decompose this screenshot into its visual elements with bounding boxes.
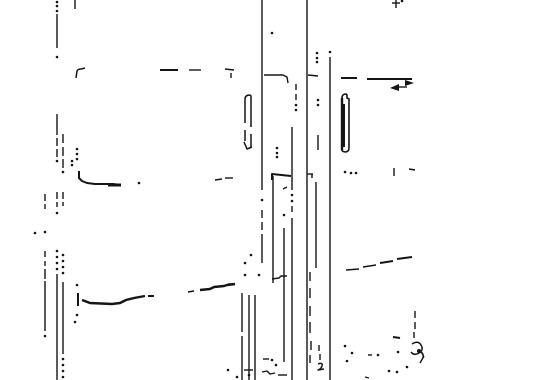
edge-dot (71, 164, 74, 167)
edge-dot (276, 152, 279, 155)
edge-dot (396, 371, 399, 374)
edge-stroke (188, 291, 194, 292)
edge-dot (56, 10, 59, 13)
edge-dot (138, 182, 141, 185)
edge-dot (397, 351, 400, 354)
edge-stroke (380, 261, 393, 263)
edge-dot (316, 57, 319, 60)
edge-stroke (409, 169, 415, 170)
edge-dot (377, 354, 380, 357)
edge-dot (417, 349, 421, 353)
edge-dot (317, 104, 320, 107)
edge-dot (275, 364, 278, 367)
edge-dot (62, 370, 65, 373)
edge-stroke (346, 269, 359, 270)
edge-dot (271, 32, 274, 35)
edge-dot (250, 254, 253, 257)
edge-polyline (272, 174, 291, 180)
edge-dot (62, 358, 65, 361)
edge-dot (76, 284, 79, 287)
edge-dot (76, 314, 79, 317)
edge-path (245, 95, 251, 127)
edge-stroke (283, 187, 287, 189)
edge-dot (295, 104, 298, 107)
edge-dot (62, 272, 65, 275)
edge-dot (56, 1, 59, 4)
edge-polyline (262, 371, 275, 374)
edge-dot (34, 232, 37, 235)
edge-stroke (215, 179, 222, 180)
edge-detection-image (0, 0, 538, 380)
edge-dot (258, 274, 261, 277)
edge-path (390, 84, 399, 91)
edge-dot (283, 214, 286, 217)
edge-dot (62, 266, 65, 269)
edge-stroke (397, 257, 412, 259)
edge-stroke (393, 337, 400, 338)
edge-dot (227, 369, 230, 372)
edge-dot (244, 262, 247, 265)
edge-dot (62, 171, 65, 174)
edge-polyline (264, 75, 288, 83)
edge-dot (244, 274, 247, 277)
edge-path (420, 352, 423, 358)
edge-dot (344, 171, 347, 174)
edge-dot (401, 0, 404, 2)
edge-dot (76, 153, 79, 156)
edge-dot (248, 374, 251, 377)
edge-dot (236, 376, 239, 379)
edge-dot (355, 172, 358, 175)
edge-dot (350, 172, 353, 175)
edge-dot (62, 376, 65, 379)
edge-stroke (363, 265, 376, 267)
edge-path (76, 68, 85, 78)
edge-dot (261, 199, 264, 202)
edge-dot (56, 256, 59, 259)
edge-dot (56, 262, 59, 265)
edge-polyline (272, 276, 287, 279)
edge-dot (76, 158, 79, 161)
edge-dot (295, 109, 298, 112)
edge-dot (291, 200, 294, 203)
edge-dot (44, 335, 47, 338)
edge-dot (317, 99, 320, 102)
edge-polyline (200, 284, 235, 290)
edge-dot (344, 345, 347, 348)
edge-dot (291, 194, 294, 197)
edge-dot (56, 268, 59, 271)
edge-drawing-svg (0, 0, 538, 380)
edge-dot (62, 254, 65, 257)
edge-polyline (82, 296, 145, 304)
edge-polyline (79, 171, 121, 185)
edge-dot (406, 366, 409, 369)
edge-dot (62, 364, 65, 367)
edge-stroke (225, 69, 234, 70)
edge-dot (56, 56, 59, 59)
edge-dot (71, 160, 74, 163)
edge-stroke (308, 75, 318, 76)
edge-dot (276, 156, 279, 159)
edge-dot (74, 321, 77, 324)
edge-dot (62, 260, 65, 263)
edge-path (318, 363, 324, 370)
edge-dot (276, 147, 279, 150)
edge-dot (316, 61, 319, 64)
edge-dot (56, 5, 59, 8)
edge-dot (316, 52, 319, 55)
edge-dot (56, 250, 59, 253)
edge-dot (56, 212, 59, 215)
edge-dot (346, 360, 349, 363)
edge-dot (76, 148, 79, 151)
edge-path (405, 80, 414, 86)
edge-dot (329, 51, 332, 54)
edge-dot (388, 370, 391, 373)
edge-stroke (365, 377, 369, 378)
edge-dot (56, 160, 59, 163)
edge-dot (351, 352, 354, 355)
edge-dot (44, 231, 47, 234)
edge-dot (271, 359, 274, 362)
